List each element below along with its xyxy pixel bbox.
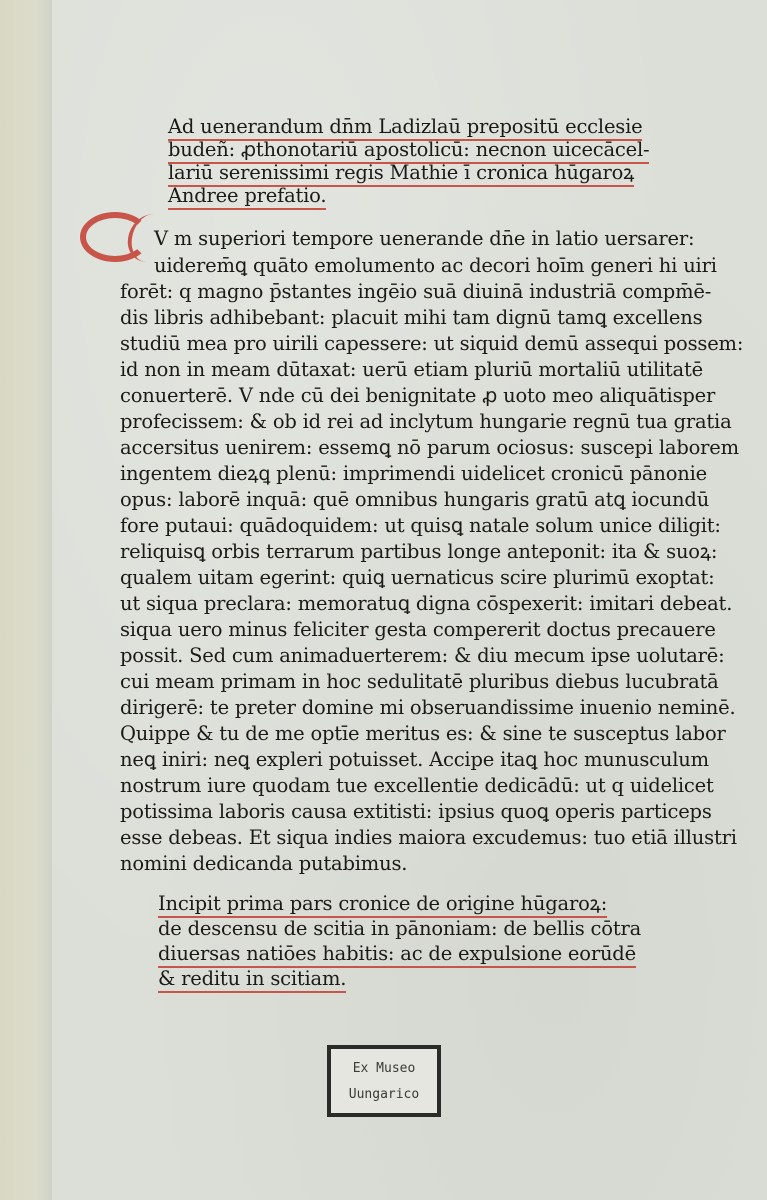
body-line: dis libris adhibebant: placuit mihi tam …	[120, 307, 702, 329]
library-stamp: Ex Museo Uungarico	[327, 1045, 441, 1117]
body-line: qualem uitam egerint: quiꝗ uernaticus sc…	[120, 567, 715, 589]
body-line: potissima laboris causa extitisti: ipsiu…	[120, 801, 712, 823]
heading-line: Andree prefatio.	[168, 185, 326, 210]
body-line: ut siqua preclara: memoratuꝗ digna cōspe…	[120, 593, 732, 615]
body-line: Quippe & tu de me optīe meritus es: & si…	[120, 723, 726, 745]
body-line: dirigerē: te preter domine mi obseruandi…	[120, 697, 736, 719]
body-line: esse debeas. Et siqua indies maiora excu…	[120, 827, 737, 849]
body-line: opus: laborē inquā: quē omnibus hungaris…	[120, 489, 709, 511]
body-line: profecissem: & ob id rei ad inclytum hun…	[120, 411, 732, 433]
body-line: uiderem̄ꝗ quāto emolumento ac decori hoī…	[154, 255, 717, 277]
body-line: id non in meam dūtaxat: uerū etiam pluri…	[120, 359, 703, 381]
incipit-line: de descensu de scitia in pānoniam: de be…	[158, 918, 641, 940]
incipit-line: Incipit prima pars cronice de origine hū…	[158, 893, 607, 918]
body-line: forēt: q magno p̄stantes ingēio suā diui…	[120, 281, 711, 303]
body-line: V m superiori tempore uenerande dn̄e in …	[154, 228, 694, 250]
book-gutter	[0, 0, 52, 1200]
body-line: neꝗ iniri: neꝗ expleri potuisset. Accipe…	[120, 749, 709, 771]
body-line: nomini dedicanda putabimus.	[120, 853, 407, 875]
body-line: possit. Sed cum animaduerterem: & diu me…	[120, 645, 724, 667]
incipit-line: & reditu in scitiam.	[158, 968, 346, 993]
stamp-line-2: Uungarico	[331, 1087, 437, 1102]
body-line: cui meam primam in hoc sedulitatē plurib…	[120, 671, 719, 693]
body-line: fore putaui: quādoquidem: ut quisꝗ natal…	[120, 515, 721, 537]
body-line: siqua uero minus feliciter gesta compere…	[120, 619, 716, 641]
body-line: reliquisꝗ orbis terrarum partibus longe …	[120, 541, 717, 563]
stamp-line-1: Ex Museo	[331, 1061, 437, 1076]
body-line: accersitus uenirem: essemꝗ nō parum ocio…	[120, 437, 739, 459]
body-line: nostrum iure quodam tue excellentie dedi…	[120, 775, 714, 797]
incipit-line: diuersas natiōes habitis: ac de expulsio…	[158, 943, 636, 968]
body-line: studiū mea pro uirili capessere: ut siqu…	[120, 333, 743, 355]
body-line: ingentem dieꝝꝗ plenū: imprimendi uidelic…	[120, 463, 707, 485]
body-line: conuerterē. V nde cū dei benignitate ꝓ u…	[120, 385, 715, 407]
